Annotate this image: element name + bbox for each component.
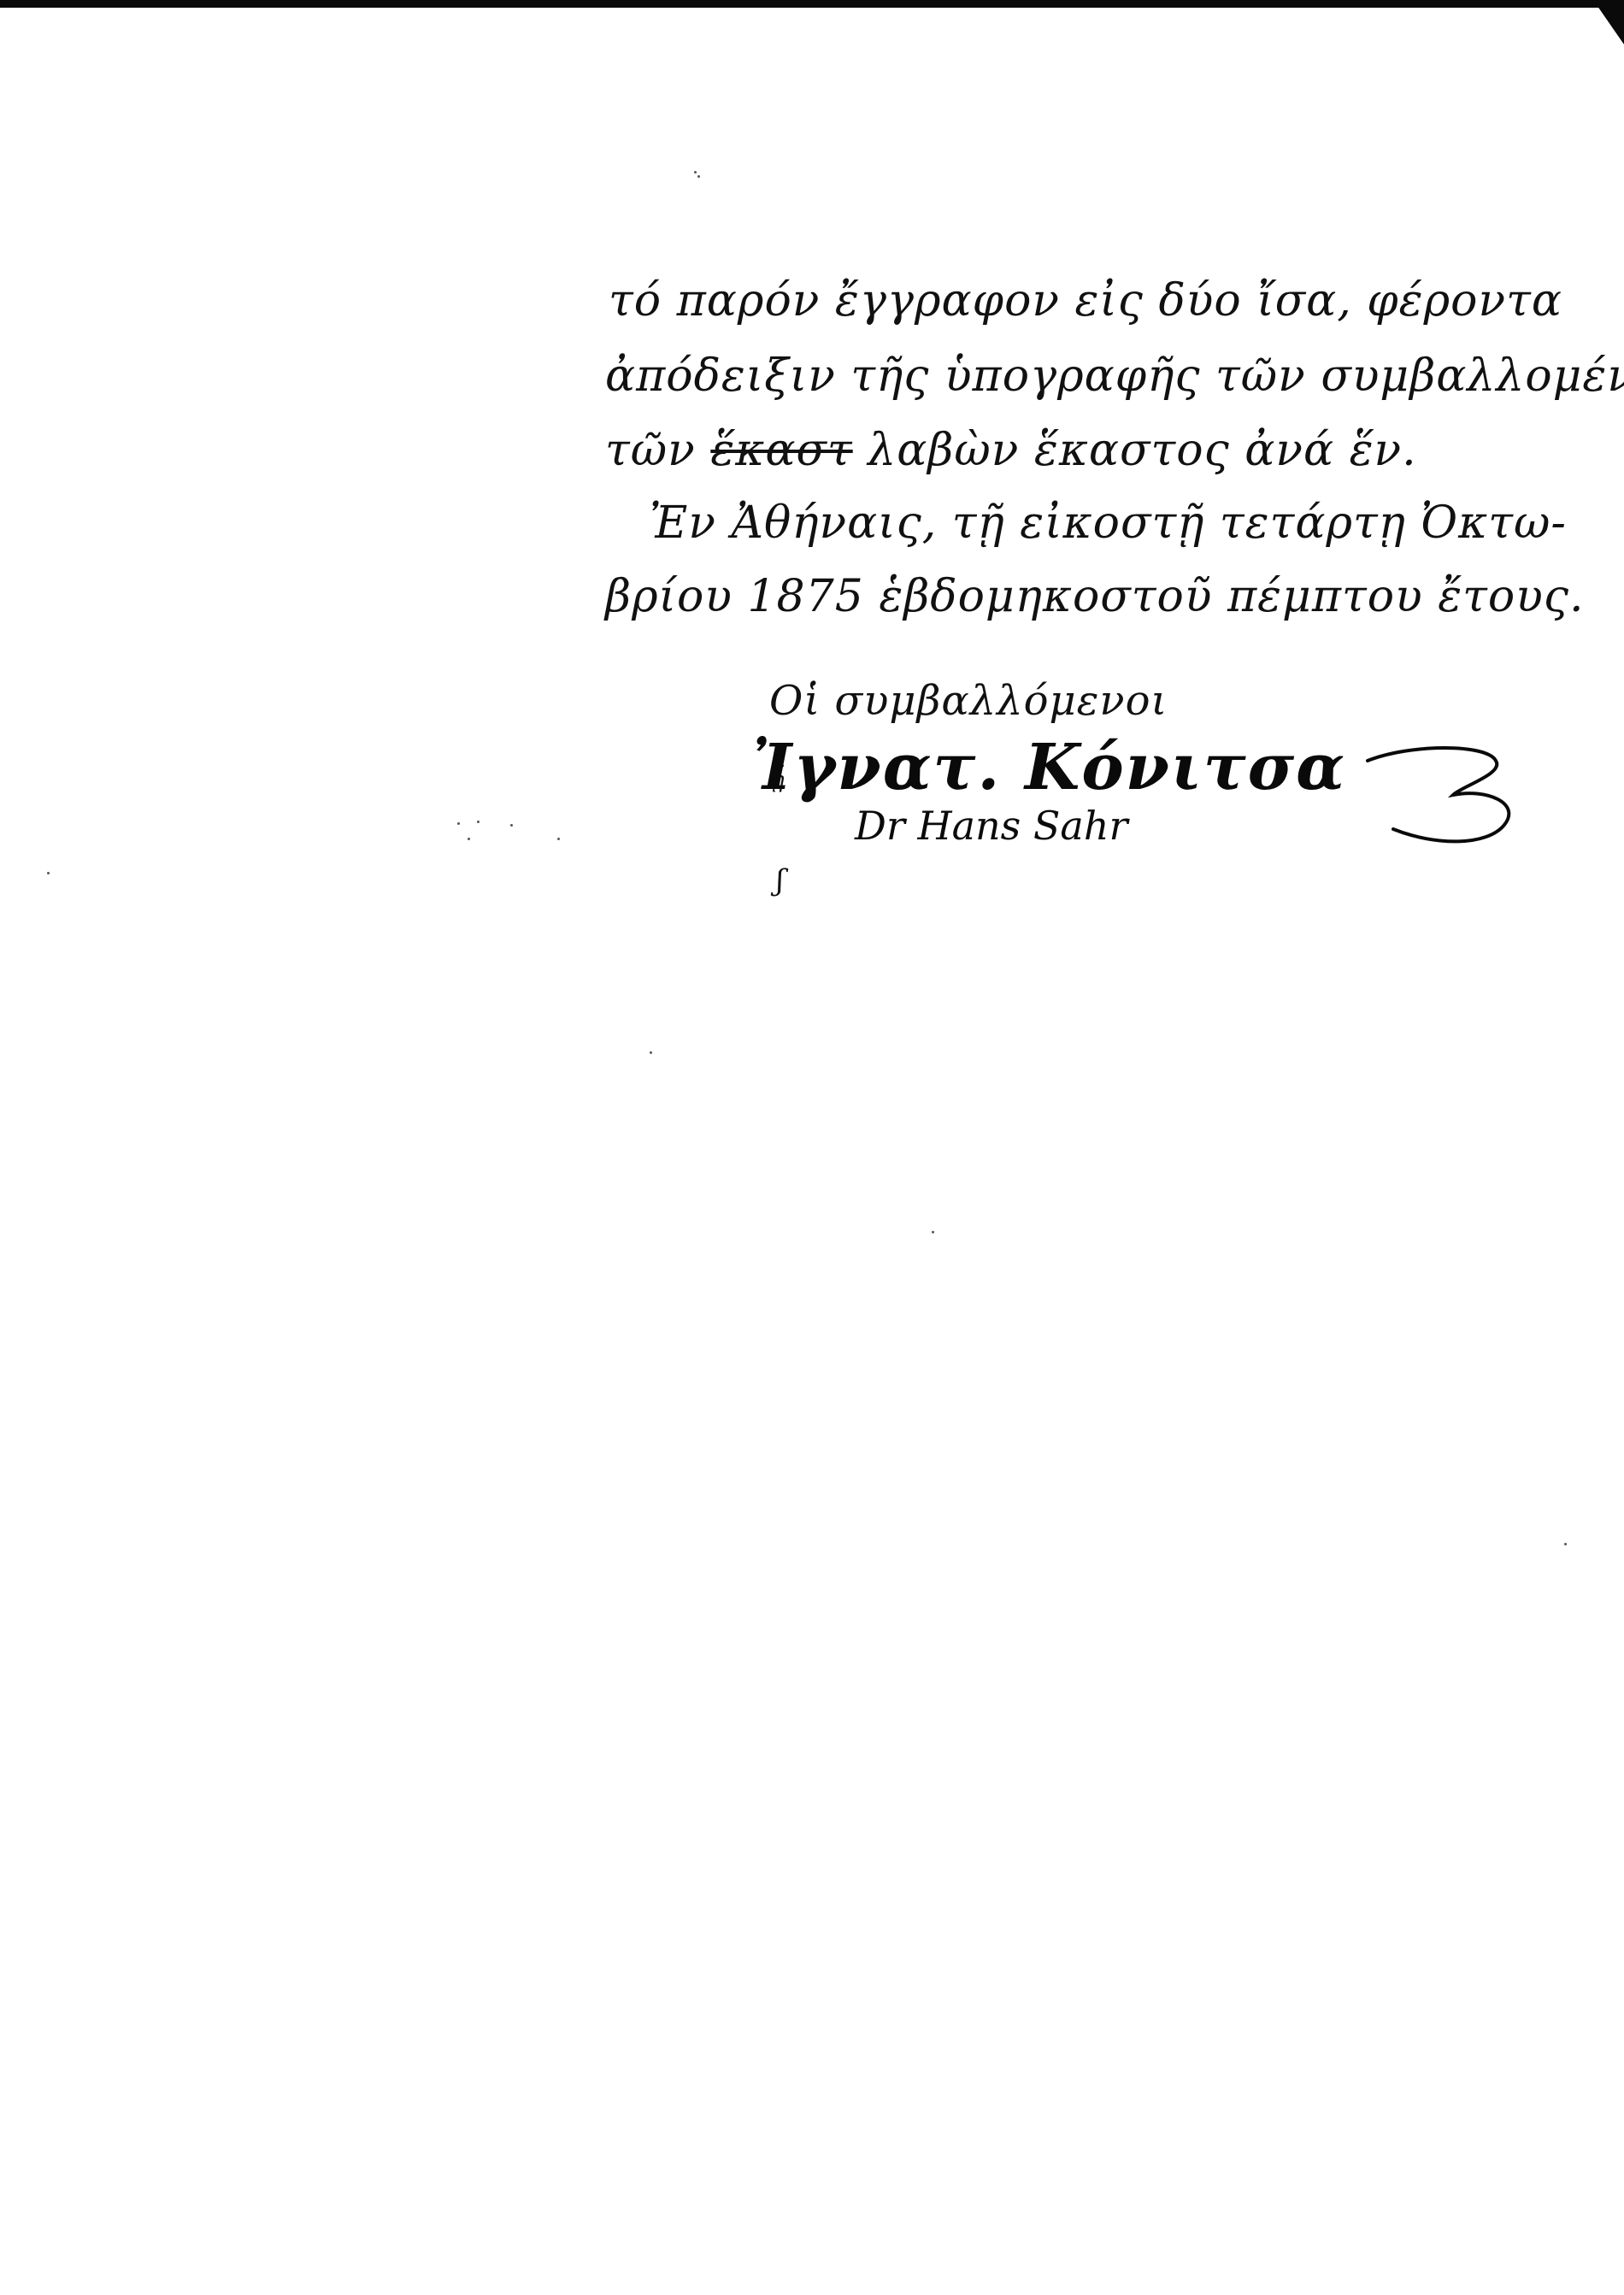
signature-secondary: Dr Hans Sahr: [855, 803, 1127, 848]
struck-text: ἕκαστ: [710, 425, 852, 476]
scan-border-corner: [1593, 0, 1624, 44]
scan-speck: [557, 838, 560, 840]
scan-speck: [694, 171, 697, 174]
scan-speck: [468, 838, 470, 840]
body-line-3-start: τῶν: [605, 425, 696, 476]
signature-flourish-icon: [1359, 735, 1530, 855]
scan-speck: [47, 872, 50, 874]
date-line-2: βρίου 1875 ἑβδομηκοστοῦ πέμπτου ἔτους.: [605, 571, 1585, 622]
scan-speck: [1564, 1543, 1567, 1545]
scan-speck: [510, 824, 513, 827]
signature-primary: Ἰγνατ. Κόνιτσα: [752, 733, 1346, 802]
body-line-3: τῶν ἕκαστ λαβὼν ἕκαστος ἀνά ἕν.: [605, 425, 1417, 476]
date-line-1: Ἐν Ἀθήναις, τῇ εἰκοστῇ τετάρτῃ Ὀκτω-: [650, 497, 1567, 549]
scan-speck: [932, 1231, 934, 1233]
body-line-3-end: λαβὼν ἕκαστος ἀνά ἕν.: [868, 425, 1416, 476]
scan-speck: [697, 175, 700, 178]
scan-border-top: [0, 0, 1624, 8]
scanned-page: τό παρόν ἔγγραφον εἰς δύο ἴσα, φέροντα ἀ…: [0, 0, 1624, 2295]
scan-speck: [457, 822, 460, 825]
scan-speck: [477, 821, 480, 823]
body-line-2: ἀπόδειξιν τῆς ὑπογραφῆς τῶν συμβαλλομένω…: [605, 350, 1624, 402]
body-line-1: τό παρόν ἔγγραφον εἰς δύο ἴσα, φέροντα: [609, 275, 1562, 327]
closing-contracting-parties: Οἱ συμβαλλόμενοι: [769, 675, 1168, 727]
scan-speck: [650, 1051, 652, 1054]
margin-mark: ʃ: [776, 863, 784, 897]
